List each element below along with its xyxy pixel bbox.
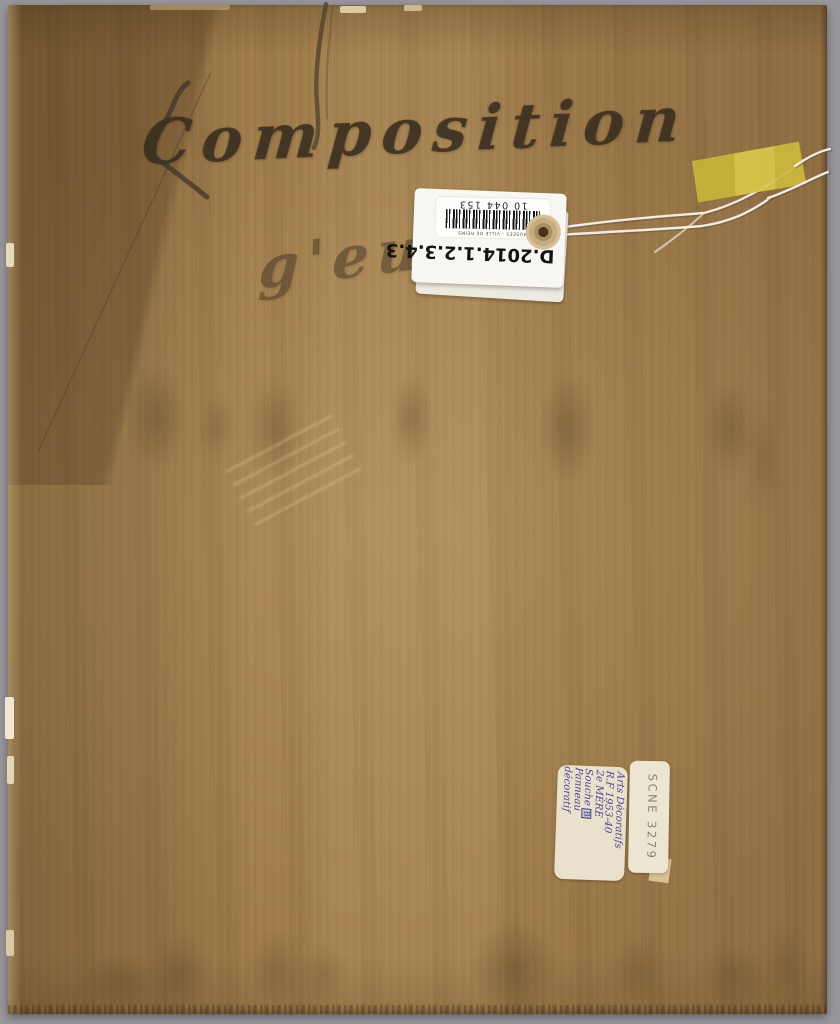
panel-verso-photo: Composition g'eu 10 044 153 MUSÉES - VIL… (0, 0, 840, 1024)
string-frays (0, 0, 840, 1024)
tag-string-ends (768, 149, 831, 199)
